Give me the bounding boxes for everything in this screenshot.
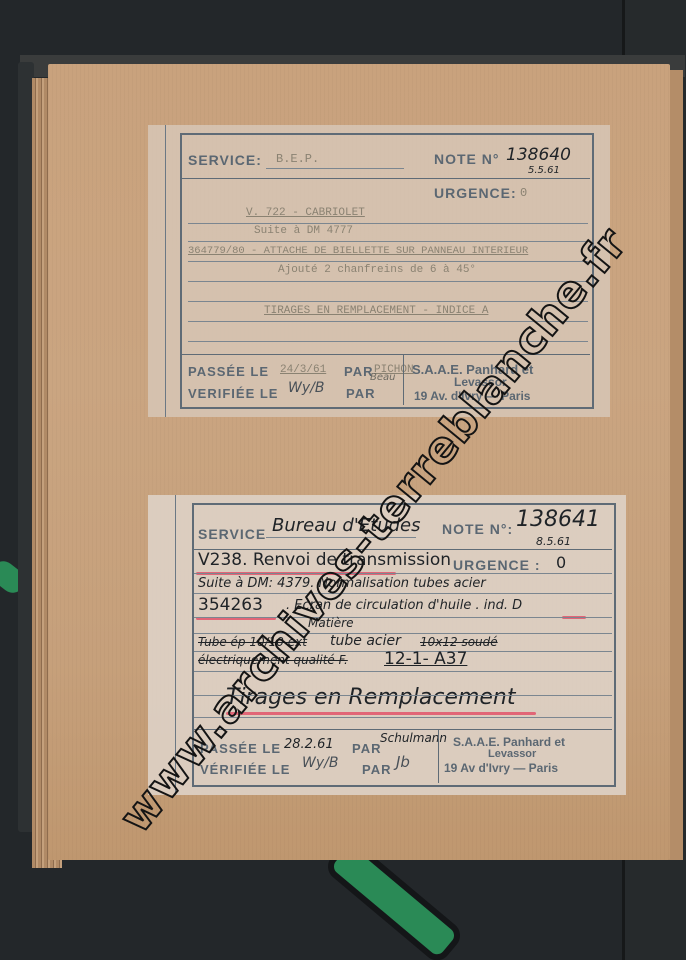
- body-line-4: Ajouté 2 chanfreins de 6 à 45°: [278, 264, 476, 276]
- body-rule: [188, 261, 588, 262]
- note-number: 138640: [506, 145, 571, 165]
- body-line-6: TIRAGES EN REMPLACEMENT - INDICE A: [264, 305, 488, 317]
- note-date: 8.5.61: [536, 535, 571, 548]
- body-line-5-struck-2: 10x12 soudé: [420, 635, 498, 649]
- body-line-5-text: tube acier: [330, 633, 401, 649]
- par-label: PAR: [352, 741, 381, 756]
- service-label: SERVICE:: [188, 152, 262, 168]
- body-rule: [194, 593, 612, 594]
- body-rule: [188, 223, 588, 224]
- passee-label: PASSÉE LE: [188, 364, 269, 379]
- passee-date: 24/3/61: [280, 364, 326, 376]
- note-card-top: SERVICE: B.E.P. NOTE N° 138640 5.5.61 UR…: [148, 125, 610, 417]
- note-label: NOTE N°:: [442, 521, 513, 537]
- par-label-2: PAR: [346, 386, 375, 401]
- company-line-2: Levassor: [488, 748, 536, 760]
- note-number: 138641: [516, 507, 600, 532]
- page-right-edge: [668, 70, 683, 860]
- body-line-6-text: 12-1- A37: [384, 649, 467, 669]
- body-line-2: Suite à DM 4777: [254, 225, 353, 237]
- verifiee-date: Wy/B: [288, 380, 324, 396]
- body-rule: [194, 717, 612, 718]
- body-line-1: V. 722 - CABRIOLET: [246, 207, 365, 219]
- body-line-3-ref: 354263: [198, 595, 263, 615]
- body-rule: [188, 281, 588, 282]
- urgence-value: 0: [556, 553, 566, 572]
- card-margin-line: [165, 125, 166, 417]
- par-label-2: PAR: [362, 762, 391, 777]
- footer-separator: [403, 355, 404, 405]
- body-line-3: 364779/80 - ATTACHE DE BIELLETTE SUR PAN…: [188, 245, 528, 257]
- verifiee-date: Wy/B: [302, 755, 338, 771]
- red-underline: [226, 712, 536, 715]
- service-label: SERVICE: [198, 526, 266, 542]
- urgence-label: URGENCE:: [434, 185, 517, 201]
- body-rule: [194, 573, 612, 574]
- footer-rule: [194, 729, 612, 730]
- body-rule: [188, 241, 588, 242]
- verifiee-par: Beau: [370, 372, 395, 383]
- footer-separator: [438, 730, 439, 783]
- service-value: B.E.P.: [276, 152, 319, 166]
- note-label: NOTE N°: [434, 151, 500, 167]
- verifiee-label: VERIFIÉE LE: [188, 386, 278, 401]
- passee-date: 28.2.61: [284, 737, 334, 752]
- urgence-value: 0: [520, 186, 527, 200]
- note-date: 5.5.61: [528, 165, 560, 176]
- body-rule: [194, 617, 612, 618]
- passee-par: Schulmann: [380, 731, 447, 745]
- company-line-1: S.A.A.E. Panhard et: [453, 735, 565, 749]
- header-rule: [182, 178, 590, 179]
- verifiee-par: Jb: [396, 753, 410, 771]
- company-line-3: 19 Av d'Ivry — Paris: [444, 761, 558, 775]
- service-rule: [266, 168, 404, 169]
- urgence-label: URGENCE :: [453, 557, 541, 573]
